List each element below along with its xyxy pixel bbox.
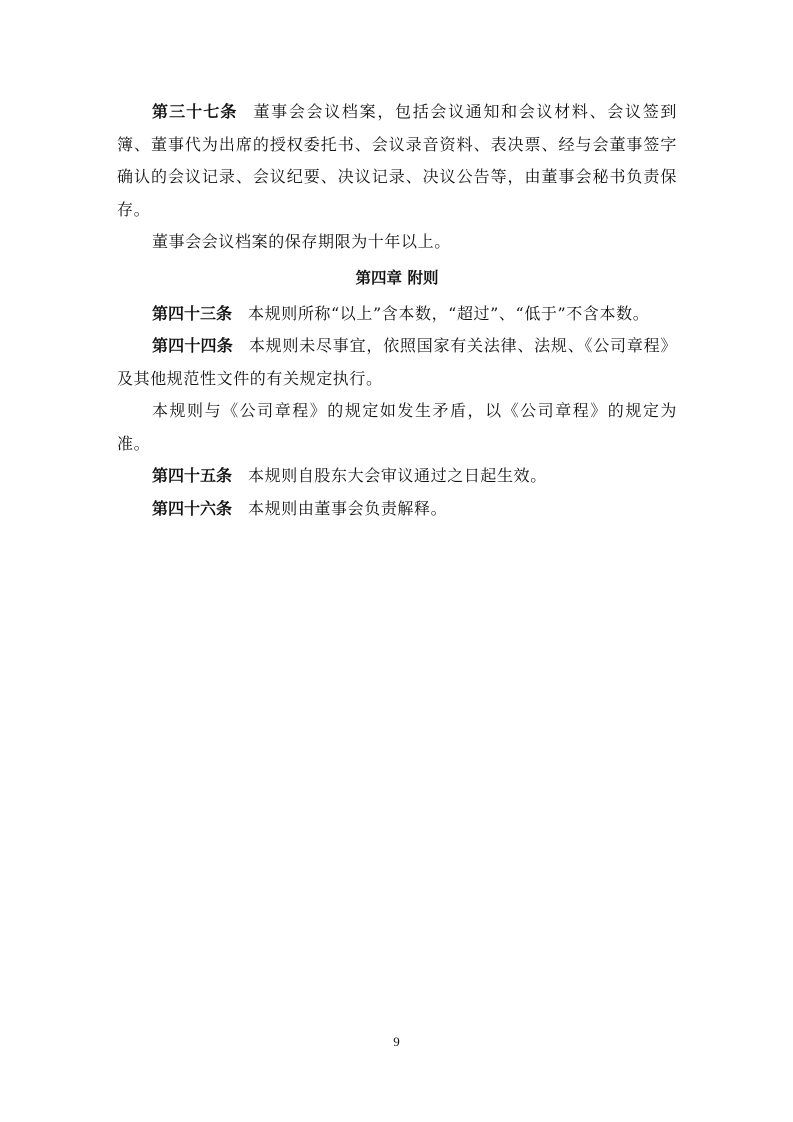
article-46: 第四十六条本规则由董事会负责解释。 <box>117 493 677 526</box>
article-43-label: 第四十三条 <box>152 304 232 323</box>
article-37-label: 第三十七条 <box>152 102 237 121</box>
article-43: 第四十三条本规则所称“以上”含本数，“超过”、“低于”不含本数。 <box>117 298 677 331</box>
article-44: 第四十四条本规则未尽事宜，依照国家有关法律、法规、《公司章程》及其他规范性文件的… <box>117 330 677 395</box>
page-number: 9 <box>0 1034 793 1050</box>
article-43-text: 本规则所称“以上”含本数，“超过”、“低于”不含本数。 <box>248 304 649 323</box>
article-44-conflict: 本规则与《公司章程》的规定如发生矛盾，以《公司章程》的规定为准。 <box>117 395 677 460</box>
article-37: 第三十七条董事会会议档案，包括会议通知和会议材料、会议签到簿、董事代为出席的授权… <box>117 96 677 226</box>
document-page: 第三十七条董事会会议档案，包括会议通知和会议材料、会议签到簿、董事代为出席的授权… <box>117 96 677 525</box>
article-44-label: 第四十四条 <box>152 336 233 355</box>
article-45-text: 本规则自股东大会审议通过之日起生效。 <box>248 466 547 485</box>
article-45: 第四十五条本规则自股东大会审议通过之日起生效。 <box>117 460 677 493</box>
article-45-label: 第四十五条 <box>152 466 232 485</box>
article-46-text: 本规则由董事会负责解释。 <box>248 499 447 518</box>
article-46-label: 第四十六条 <box>152 499 232 518</box>
article-37-retention: 董事会会议档案的保存期限为十年以上。 <box>117 226 677 259</box>
chapter-title: 第四章 附则 <box>117 262 677 294</box>
